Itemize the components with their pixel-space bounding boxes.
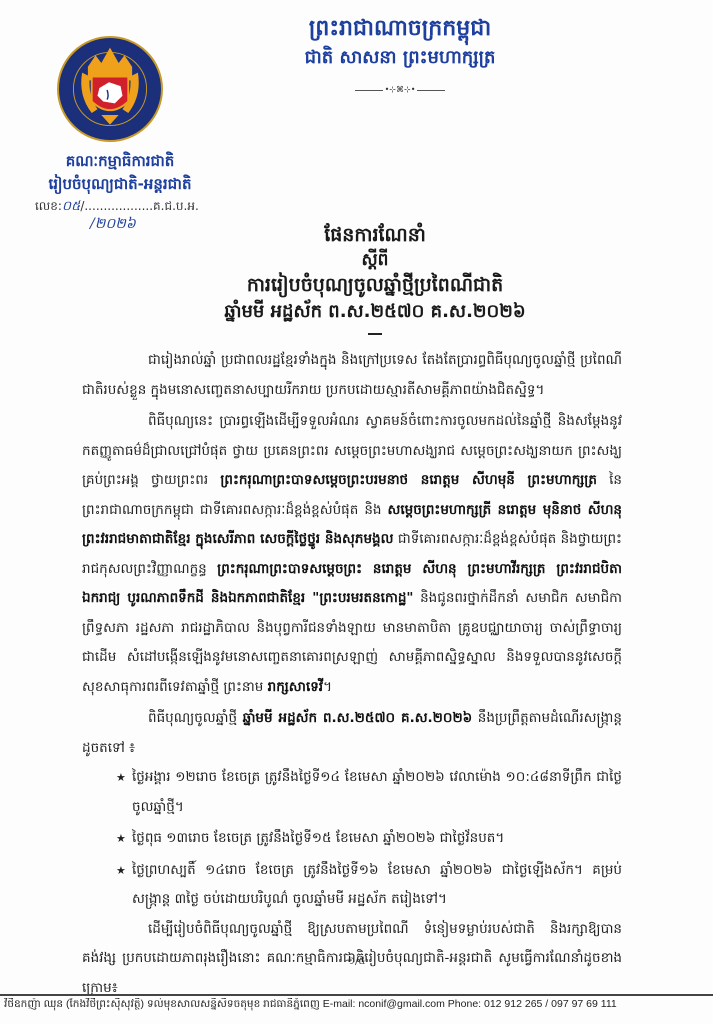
schedule-item-text: ថ្ងៃពុធ ១៣រោច ខែចេត្រ ត្រូវនឹងថ្ងៃទី១៥ ខ… <box>132 830 504 846</box>
footer-divider <box>0 994 713 996</box>
emblem-icon <box>59 38 161 140</box>
organization-logo <box>57 36 163 142</box>
star-icon: ★ <box>116 856 126 886</box>
national-motto: ជាតិ សាសនា ព្រះមហាក្សត្រ <box>230 44 570 72</box>
schedule-item-text: ថ្ងៃអង្គារ ១២រោច ខែចេត្រ ត្រូវនឹងថ្ងៃទី១… <box>132 769 622 815</box>
ref-number-handwritten: ០៥ <box>62 199 80 214</box>
ornament-icon: •⊹⌘⊹• <box>383 86 417 94</box>
paragraph-2: ពិធីបុណ្យនេះ ប្រារព្ធឡើងដើម្បីទទួលអំណរ ស… <box>82 407 622 702</box>
footer-phone-label: Phone: <box>448 998 481 1010</box>
schedule-item-text: ថ្ងៃព្រហស្បតិ៍ ១៤រោច ខែចេត្រ ត្រូវនឹងថ្ង… <box>132 862 622 908</box>
footer-email-label: E-mail: <box>323 998 356 1010</box>
schedule-item: ★ថ្ងៃពុធ ១៣រោច ខែចេត្រ ត្រូវនឹងថ្ងៃទី១៥ … <box>120 824 622 854</box>
title-line4: ឆ្នាំមមី អដ្ឋស័ក ព.ស.២៥៧០ គ.ស.២០២៦ <box>150 299 600 325</box>
schedule-item: ★ថ្ងៃព្រហស្បតិ៍ ១៤រោច ខែចេត្រ ត្រូវនឹងថ្… <box>120 856 622 915</box>
org-name-line2: រៀបចំបុណ្យជាតិ-អន្តរជាតិ <box>20 172 220 196</box>
p2-text-i: ។ <box>323 679 332 695</box>
title-line3: ការរៀបចំបុណ្យចូលឆ្នាំថ្មីប្រពៃណីជាតិ <box>150 272 600 299</box>
ornament-divider: •⊹⌘⊹• <box>355 86 445 94</box>
document-body: ជារៀងរាល់ឆ្នាំ ប្រជាពលរដ្ឋខ្មែរទាំងក្នុង… <box>82 346 622 1003</box>
footer-email[interactable]: nconif@gmail.com <box>358 998 445 1010</box>
footer-phone: 012 912 265 / 097 97 69 111 <box>484 998 617 1010</box>
title-line2: ស្តីពី <box>150 248 600 272</box>
document-title: ផែនការណែនាំ ស្តីពី ការរៀបចំបុណ្យចូលឆ្នាំ… <box>150 222 600 335</box>
kingdom-name: ព្រះរាជាណាចក្រកម្ពុជា <box>230 14 570 44</box>
kingdom-header: ព្រះរាជាណាចក្រកម្ពុជា ជាតិ សាសនា ព្រះមហា… <box>230 14 570 94</box>
ref-date-handwritten: /២០២៦ <box>90 214 136 235</box>
org-name-line1: គណៈកម្មាធិការជាតិ <box>20 150 220 172</box>
paragraph-3: ពិធីបុណ្យចូលឆ្នាំថ្មី ឆ្នាំមមី អដ្ឋស័ក ព… <box>82 704 622 763</box>
organization-name: គណៈកម្មាធិការជាតិ រៀបចំបុណ្យជាតិ-អន្តរជា… <box>20 150 220 196</box>
p3-year-name: ឆ្នាំមមី អដ្ឋស័ក ព.ស.២៥៧០ គ.ស.២០២៦ <box>243 710 473 726</box>
p2-king-name: ព្រះករុណាព្រះបាទសម្តេចព្រះបរមនាថ នរោត្តម… <box>220 472 597 488</box>
p2-new-year-angel: រាក្សសាទេវី <box>268 679 323 695</box>
document-page: គណៈកម្មាធិការជាតិ រៀបចំបុណ្យជាតិ-អន្តរជា… <box>0 0 713 1024</box>
star-icon: ★ <box>116 763 126 793</box>
ref-suffix: គ.ជ.ប.អ. <box>153 199 199 213</box>
schedule-item: ★ថ្ងៃអង្គារ ១២រោច ខែចេត្រ ត្រូវនឹងថ្ងៃទី… <box>120 763 622 822</box>
paragraph-1: ជារៀងរាល់ឆ្នាំ ប្រជាពលរដ្ឋខ្មែរទាំងក្នុង… <box>82 346 622 405</box>
title-divider <box>368 333 382 335</box>
p3-text-a: ពិធីបុណ្យចូលឆ្នាំថ្មី <box>148 710 243 726</box>
page-number: ១/៥ <box>0 954 713 969</box>
footer-contact: វិថីឧកញ៉ា ឈុន (កែងវិថីព្រះស៊ីសុវត្ថិ) ទល… <box>4 998 709 1013</box>
schedule-list: ★ថ្ងៃអង្គារ ១២រោច ខែចេត្រ ត្រូវនឹងថ្ងៃទី… <box>82 763 622 915</box>
ref-label: លេខ: <box>35 199 62 213</box>
footer-address: វិថីឧកញ៉ា ឈុន (កែងវិថីព្រះស៊ីសុវត្ថិ) ទល… <box>4 998 320 1010</box>
ref-dots: /.................. <box>80 199 153 213</box>
star-icon: ★ <box>116 824 126 854</box>
title-line1: ផែនការណែនាំ <box>150 222 600 248</box>
